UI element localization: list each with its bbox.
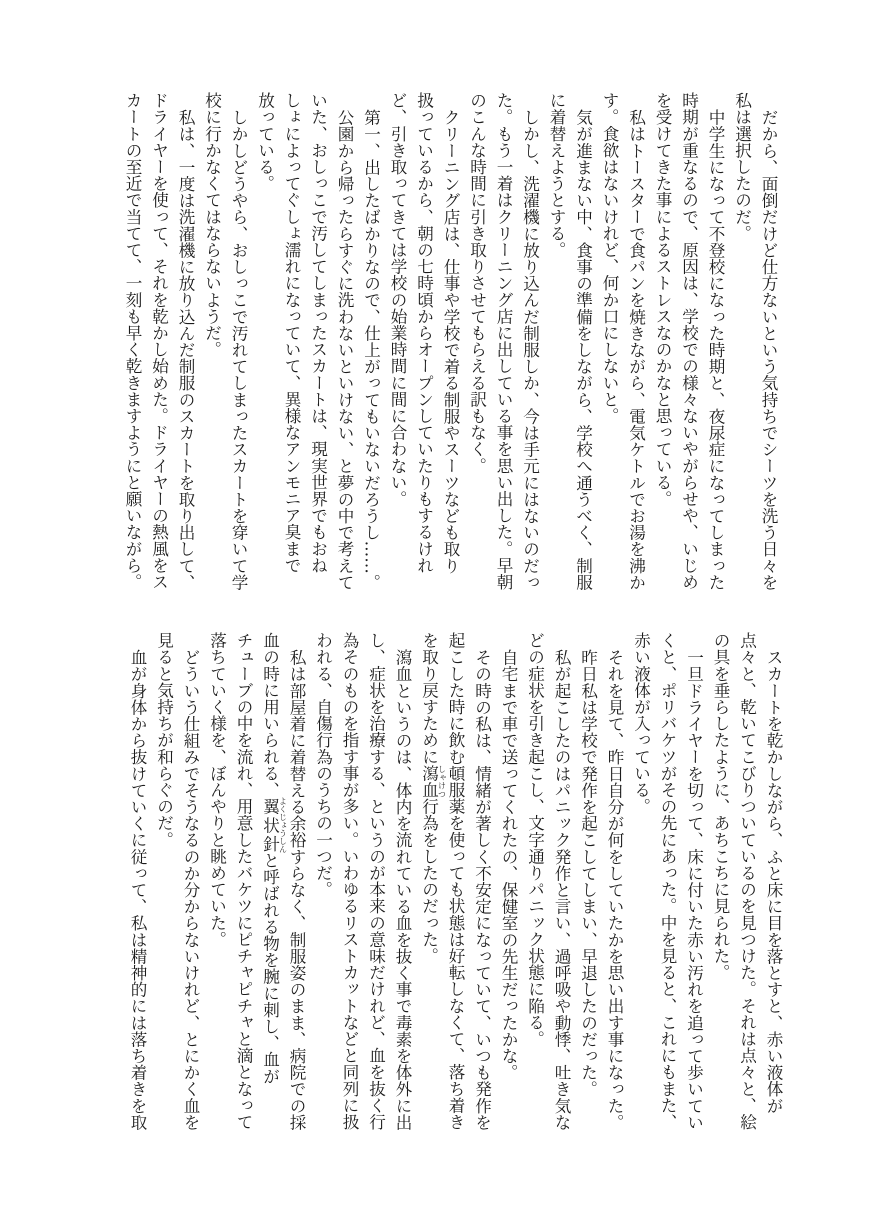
paragraph: その時の私は、情緒が著しく不安定になっていて、いつも発作を起こした時に飲む頓服薬… <box>415 632 495 1132</box>
paragraph: しかしどうやら、おしっこで汚れてしまったスカートを穿いて学校に行かなくてはならな… <box>198 92 251 592</box>
paragraph: クリーニング店は、仕事や学校で着る制服やスーツなども取り扱っているから、朝の七時… <box>384 92 464 592</box>
paragraph: 一旦ドライヤーを切って、床に付いた赤い汚れを追って歩いていくと、ポリバケツがその… <box>627 632 707 1132</box>
paragraph: どういう仕組みでそうなるのか分からないけれど、とにかく血を見ると気持ちが和らぐの… <box>150 632 203 1132</box>
paragraph: 私が起こしたのはパニック発作と言い、過呼吸や動悸、吐き気などの症状を引き起こし、… <box>521 632 574 1132</box>
paragraph: 血が身体から抜けていくに従って、私は精神的には落ち着きを取 <box>124 632 151 1132</box>
paragraph: 気が進まない中、食事の準備をしながら、学校へ通うべく、制服に着替えようとする。 <box>543 92 596 592</box>
paragraph: しかし、洗濯機に放り込んだ制服しか、今は手元にはないのだった。もう一着はクリーニ… <box>463 92 543 592</box>
paragraph: だから、面倒だけど仕方ないという気持ちでシーツを洗う日々を私は選択したのだ。 <box>728 92 781 592</box>
text-block-lower: スカートを乾かしながら、ふと床に目を落とすと、赤い液体が点々と、乾いてこびりつい… <box>114 632 786 1132</box>
novel-page: だから、面倒だけど仕方ないという気持ちでシーツを洗う日々を私は選択したのだ。中学… <box>0 0 874 1225</box>
paragraph: 自宅まで車で送ってくれたの、保健室の先生だったかな。 <box>495 632 522 1132</box>
ruby-annotated-word: 瀉血しゃけつ <box>420 765 439 798</box>
paragraph: 中学生になって不登校になった時期と、夜尿症になってしまった時期が重なるので、原因… <box>649 92 729 592</box>
paragraph: 私はトースターで食パンを焼きながら、電気ケトルでお湯を沸かす。食欲はないけれど、… <box>596 92 649 592</box>
text-block-upper: だから、面倒だけど仕方ないという気持ちでシーツを洗う日々を私は選択したのだ。中学… <box>109 92 781 592</box>
paragraph: 第一、出したばかりなので、仕上がってもいないだろうし……。 <box>357 92 384 592</box>
paragraph: 昨日私は学校で発作を起こしてしまい、早退したのだった。 <box>574 632 601 1132</box>
paragraph: 公園から帰ったらすぐに洗わないといけない、と夢の中で考えていた、おしっこで汚して… <box>251 92 357 592</box>
paragraph: スカートを乾かしながら、ふと床に目を落とすと、赤い液体が点々と、乾いてこびりつい… <box>707 632 787 1132</box>
paragraph: 私は、一度は洗濯機に放り込んだ制服のスカートを取り出して、ドライヤーを使って、そ… <box>119 92 199 592</box>
paragraph: 瀉血というのは、体内を流れている血を抜く事で毒素を体外に出し、症状を治療する、と… <box>309 632 415 1132</box>
paragraph: 私は部屋着に着替える余裕すらなく、制服姿のまま、病院での採血の時に用いられる、翼… <box>203 632 309 1132</box>
ruby-annotated-word: 翼状針よくじょうしん <box>261 798 280 852</box>
paragraph: それを見て、昨日自分が何をしていたかを思い出す事になった。 <box>601 632 628 1132</box>
